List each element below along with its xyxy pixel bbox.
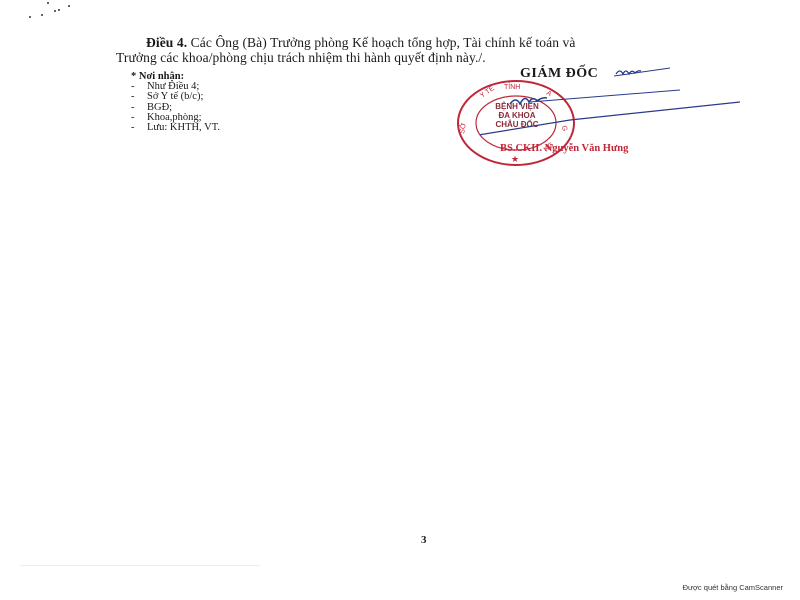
scan-watermark: Được quét bằng CamScanner <box>683 583 783 592</box>
recipient-item: -Sở Y tế (b/c); <box>131 92 220 102</box>
initial-mark-icon <box>612 62 672 78</box>
article-4-paragraph: Điều 4. Các Ông (Bà) Trưởng phòng Kế hoạ… <box>116 35 756 65</box>
recipient-item: -Lưu: KHTH, VT. <box>131 123 220 133</box>
signer-name: BS.CKII. Nguyễn Văn Hưng <box>500 143 628 154</box>
recipients-list: * Nơi nhận: -Như Điều 4; -Sở Y tế (b/c);… <box>131 72 220 133</box>
handwritten-signature-icon <box>480 82 760 142</box>
document-page: Điều 4. Các Ông (Bà) Trưởng phòng Kế hoạ… <box>0 0 800 600</box>
scan-specks <box>0 0 100 30</box>
article-label: Điều 4. <box>146 35 187 50</box>
article-text-line1: Các Ông (Bà) Trưởng phòng Kế hoạch tổng … <box>187 35 575 50</box>
page-number: 3 <box>421 534 427 546</box>
svg-text:★: ★ <box>511 154 519 164</box>
scan-artifact <box>20 565 260 566</box>
